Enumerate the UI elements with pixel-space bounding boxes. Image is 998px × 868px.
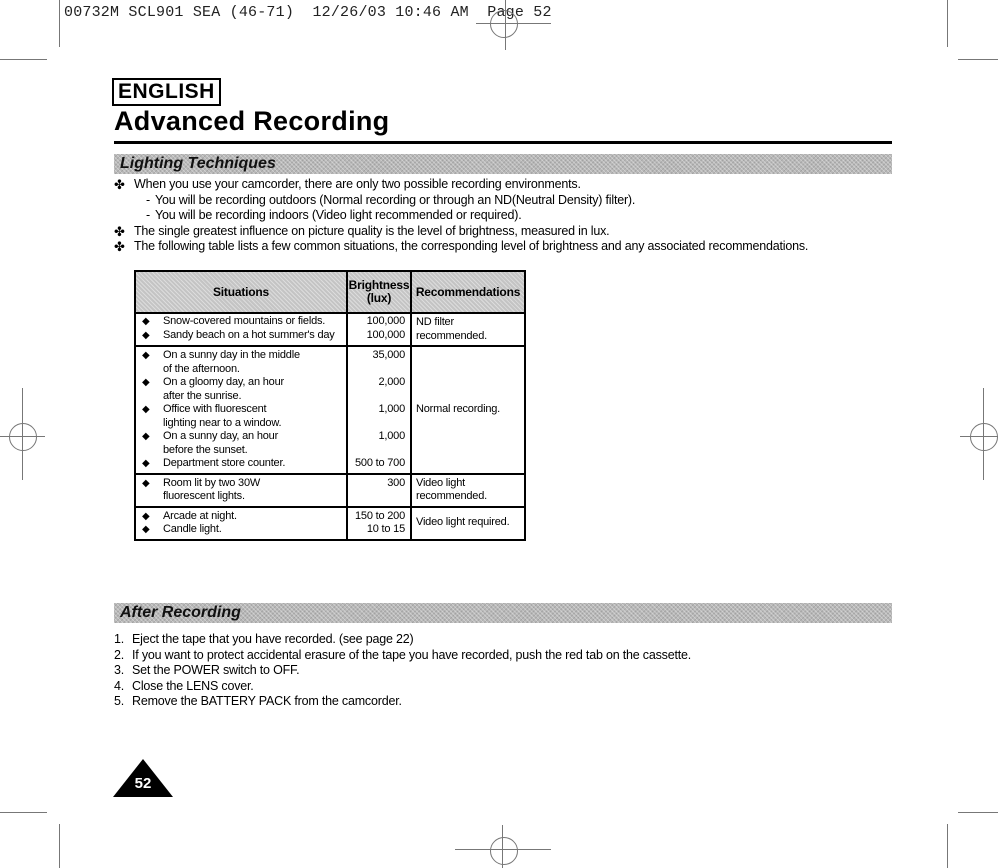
diamond-bullet-icon: ◆ xyxy=(142,403,150,417)
diamond-bullet-icon: ◆ xyxy=(142,329,150,343)
table-row: ◆On a sunny day in the middle of the aft… xyxy=(135,346,525,474)
crop-mark xyxy=(958,812,998,813)
clover-bullet-icon: ✤ xyxy=(114,224,125,240)
situations-cell: ◆Room lit by two 30W fluorescent lights. xyxy=(135,474,347,507)
crop-mark xyxy=(59,824,60,868)
section-title: After Recording xyxy=(120,603,241,623)
header-situations: Situations xyxy=(135,271,347,313)
situations-cell: ◆Snow-covered mountains or fields. ◆Sand… xyxy=(135,313,347,346)
brightness-cell: 100,000 100,000 xyxy=(347,313,411,346)
step-item: 5.Remove the BATTERY PACK from the camco… xyxy=(114,694,691,710)
diamond-bullet-icon: ◆ xyxy=(142,430,150,444)
step-item: 1.Eject the tape that you have recorded.… xyxy=(114,632,691,648)
diamond-bullet-icon: ◆ xyxy=(142,349,150,363)
step-item: 4.Close the LENS cover. xyxy=(114,679,691,695)
crop-mark xyxy=(947,824,948,868)
header-brightness: Brightness (lux) xyxy=(347,271,411,313)
situations-cell: ◆On a sunny day in the middle of the aft… xyxy=(135,346,347,474)
recommendation-cell: Normal recording. xyxy=(411,346,525,474)
registration-mark-bottom xyxy=(440,810,570,868)
table-row: ◆Room lit by two 30W fluorescent lights.… xyxy=(135,474,525,507)
diamond-bullet-icon: ◆ xyxy=(142,315,150,329)
crop-mark xyxy=(958,59,998,60)
brightness-cell: 150 to 200 10 to 15 xyxy=(347,507,411,540)
recommendation-cell: Video light recommended. xyxy=(411,474,525,507)
brightness-table: Situations Brightness (lux) Recommendati… xyxy=(134,270,526,541)
title-divider xyxy=(114,141,892,144)
table-row: ◆Arcade at night. ◆Candle light. 150 to … xyxy=(135,507,525,540)
table-header-row: Situations Brightness (lux) Recommendati… xyxy=(135,271,525,313)
crop-mark xyxy=(0,812,47,813)
dash-icon: - xyxy=(146,208,150,224)
situations-cell: ◆Arcade at night. ◆Candle light. xyxy=(135,507,347,540)
page-number: 52 xyxy=(126,775,160,792)
table-row: ◆Snow-covered mountains or fields. ◆Sand… xyxy=(135,313,525,346)
recommendation-cell: ND filter recommended. xyxy=(411,313,525,346)
diamond-bullet-icon: ◆ xyxy=(142,510,150,524)
step-item: 3.Set the POWER switch to OFF. xyxy=(114,663,691,679)
step-item: 2.If you want to protect accidental eras… xyxy=(114,648,691,664)
diamond-bullet-icon: ◆ xyxy=(142,477,150,491)
registration-mark-left xyxy=(0,380,60,480)
clover-bullet-icon: ✤ xyxy=(114,177,125,193)
clover-bullet-icon: ✤ xyxy=(114,239,125,255)
diamond-bullet-icon: ◆ xyxy=(142,457,150,471)
registration-mark-right xyxy=(920,380,998,480)
header-recommendations: Recommendations xyxy=(411,271,525,313)
brightness-cell: 35,000 2,000 1,000 1,000 500 to 700 xyxy=(347,346,411,474)
diamond-bullet-icon: ◆ xyxy=(142,523,150,537)
section-title: Lighting Techniques xyxy=(120,154,276,174)
crop-mark xyxy=(947,0,948,47)
print-header: 00732M SCL901 SEA (46-71) 12/26/03 10:46… xyxy=(64,4,552,21)
diamond-bullet-icon: ◆ xyxy=(142,376,150,390)
brightness-cell: 300 xyxy=(347,474,411,507)
after-recording-steps: 1.Eject the tape that you have recorded.… xyxy=(114,632,691,710)
section-header-lighting: Lighting Techniques xyxy=(114,154,892,174)
language-badge: ENGLISH xyxy=(112,78,221,106)
crop-mark xyxy=(0,59,47,60)
section-header-after-recording: After Recording xyxy=(114,603,892,623)
crop-mark xyxy=(59,0,60,47)
recommendation-cell: Video light required. xyxy=(411,507,525,540)
dash-icon: - xyxy=(146,193,150,209)
page-title: Advanced Recording xyxy=(114,106,389,137)
